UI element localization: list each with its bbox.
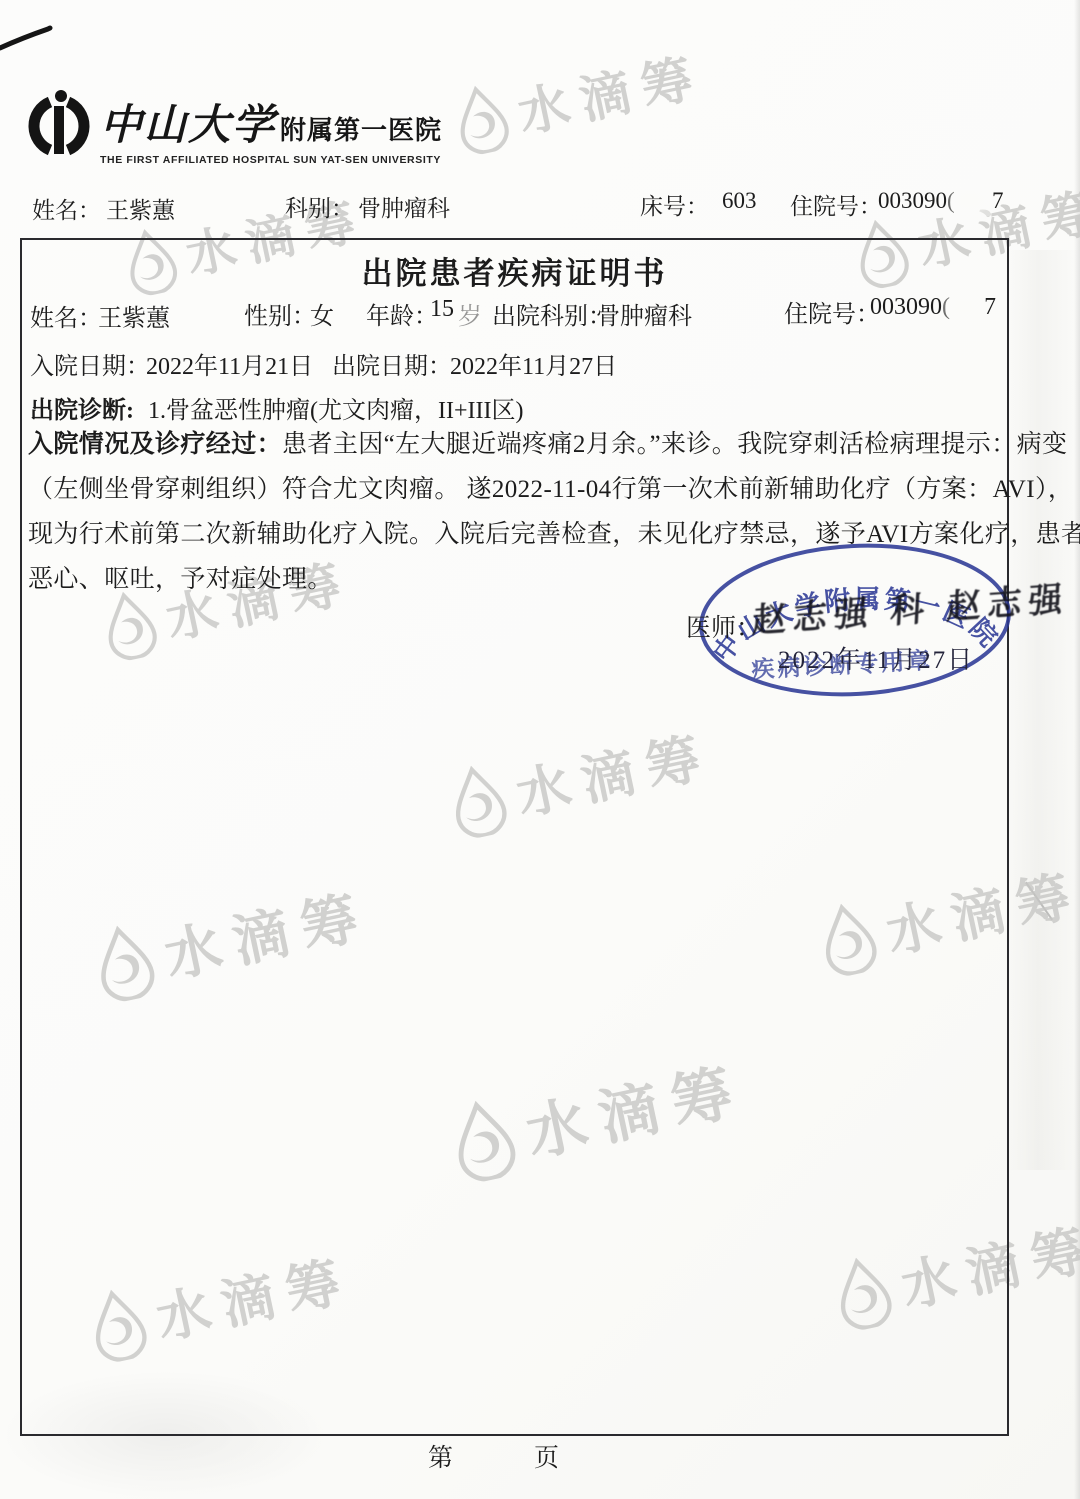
- discharge-date-value: 2022年11月27日: [450, 346, 617, 381]
- scan-edge: [1074, 0, 1080, 1499]
- certificate-box: 出院患者疾病证明书 姓名： 王紫蕙 性别： 女 年龄： 15 岁 出院科别： 骨…: [20, 238, 1009, 1436]
- cert-dept-value: 骨肿瘤科: [596, 296, 692, 331]
- hospital-name-en: THE FIRST AFFILIATED HOSPITAL SUN YAT-SE…: [100, 154, 442, 166]
- cert-age-label: 年龄：: [366, 296, 438, 331]
- stamp-date: 2022年11月27日: [778, 640, 974, 676]
- header-bed-value: 603: [722, 188, 757, 214]
- waterdrop-icon: [448, 80, 516, 158]
- cert-name-value: 王紫蕙: [98, 298, 170, 333]
- header-name-value: 王紫蕙: [106, 192, 175, 225]
- cert-dept-label: 出院科别：: [492, 296, 612, 331]
- header-admission-label: 住院号：: [790, 188, 882, 221]
- redaction-smudge: [948, 186, 992, 216]
- header-bed-label: 床号：: [640, 188, 709, 221]
- header-admission-value: 003090(: [878, 188, 955, 214]
- admit-date-value: 2022年11月21日: [146, 346, 313, 381]
- cert-age-value: 15: [430, 296, 454, 323]
- header-name-label: 姓名：: [32, 192, 101, 225]
- cert-name-label: 姓名：: [30, 298, 102, 333]
- footer-page-prefix: 第: [428, 1438, 453, 1474]
- cert-sex-value: 女: [310, 296, 334, 331]
- certificate-title: 出院患者疾病证明书: [362, 248, 668, 293]
- course-text: 患者主因“左大腿近端疼痛2月余。”来诊。我院穿刺活检病理提示：病变: [282, 431, 1067, 458]
- header-dept-label: 科别：: [285, 190, 354, 223]
- hospital-logo-icon: [28, 88, 90, 160]
- diagnosis-value: 1.骨盆恶性肿瘤(尤文肉瘤，II+III区): [148, 390, 523, 425]
- cert-admission-label: 住院号：: [784, 294, 880, 329]
- hospital-name-main: 中山大学: [100, 92, 276, 152]
- pen-mark: [0, 18, 60, 58]
- paper-crease: [1004, 250, 1080, 1170]
- header-dept-value: 骨肿瘤科: [358, 190, 450, 223]
- watermark: 水滴筹: [447, 36, 709, 160]
- cert-admission-value: 003090(: [870, 294, 950, 321]
- redaction-smudge: [942, 292, 986, 322]
- cert-age-partial: 岁: [458, 296, 482, 331]
- course-label: 入院情况及诊疗经过：: [28, 431, 282, 458]
- scanned-document-page: 水滴筹 水滴筹 水滴筹 水滴筹 水滴筹: [0, 0, 1080, 1499]
- hospital-logo: 中山大学 附属第一医院 THE FIRST AFFILIATED HOSPITA…: [28, 88, 442, 166]
- course-line: 入院情况及诊疗经过：患者主因“左大腿近端疼痛2月余。”来诊。我院穿刺活检病理提示…: [28, 424, 1067, 460]
- course-line: 恶心、呕吐，予对症处理。: [28, 559, 333, 595]
- hospital-name-cn: 中山大学 附属第一医院: [100, 92, 442, 152]
- footer-page-suffix: 页: [534, 1438, 559, 1474]
- header-admission-tail: 7: [992, 188, 1004, 214]
- doctor-label: 医师：: [686, 608, 761, 644]
- hospital-name-suffix: 附属第一医院: [280, 110, 442, 147]
- hospital-logo-text: 中山大学 附属第一医院 THE FIRST AFFILIATED HOSPITA…: [100, 88, 442, 166]
- cert-sex-label: 性别：: [244, 296, 316, 331]
- watermark-text: 水滴筹: [511, 36, 710, 147]
- course-line: （左侧坐骨穿刺组织）符合尤文肉瘤。 遂2022-11-04行第一次术前新辅助化疗…: [28, 469, 1073, 505]
- diagnosis-label: 出院诊断:: [30, 390, 134, 425]
- discharge-date-label: 出院日期：: [332, 346, 452, 381]
- admit-date-label: 入院日期：: [30, 346, 150, 381]
